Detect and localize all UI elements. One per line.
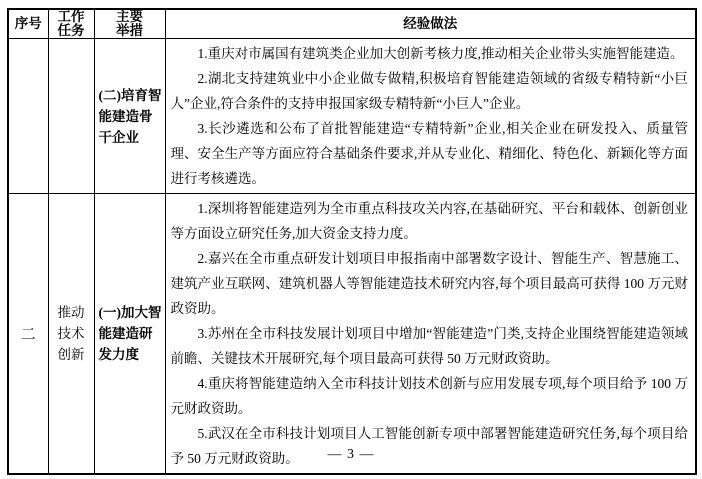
practice-item: 3.苏州在全市科技发展计划项目中增加“智能建造”门类,支持企业围绕智能建造领域前…: [171, 321, 689, 371]
practices-cell: 1.重庆对市属国有建筑类企业加大创新考核力度,推动相关企业带头实施智能建造。 2…: [165, 39, 696, 194]
header-experience-practice: 经验做法: [165, 9, 696, 39]
practices-cell: 1.深圳将智能建造列为全市重点科技攻关内容,在基础研究、平台和载体、创新创业等方…: [165, 194, 696, 475]
experience-table: 序号 工作 任务 主要 举措 经验做法 (二)培育智能建造骨干企业 1.重庆对市…: [7, 8, 697, 475]
table-row: (二)培育智能建造骨干企业 1.重庆对市属国有建筑类企业加大创新考核力度,推动相…: [8, 39, 696, 194]
practice-item: 2.湖北支持建筑业中小企业做专做精,积极培育智能建造领域的省级专精特新“小巨人”…: [171, 66, 689, 116]
task-cell: 推动 技术 创新: [48, 194, 94, 475]
serial-cell: [8, 39, 48, 194]
measure-cell: (二)培育智能建造骨干企业: [94, 39, 165, 194]
header-serial-number: 序号: [8, 9, 48, 39]
practice-item: 4.重庆将智能建造纳入全市科技计划技术创新与应用发展专项,每个项目给予 100 …: [171, 371, 689, 421]
table-header-row: 序号 工作 任务 主要 举措 经验做法: [8, 9, 696, 39]
practice-item: 1.深圳将智能建造列为全市重点科技攻关内容,在基础研究、平台和载体、创新创业等方…: [171, 196, 689, 246]
serial-cell: 二: [8, 194, 48, 475]
practice-item: 2.嘉兴在全市重点研发计划项目申报指南中部署数字设计、智能生产、智慧施工、建筑产…: [171, 246, 689, 321]
table-row: 二 推动 技术 创新 (一)加大智能建造研发力度 1.深圳将智能建造列为全市重点…: [8, 194, 696, 475]
header-work-task: 工作 任务: [48, 9, 94, 39]
document-page: 序号 工作 任务 主要 举措 经验做法 (二)培育智能建造骨干企业 1.重庆对市…: [0, 0, 702, 479]
page-number: — 3 —: [0, 447, 702, 463]
header-main-measure: 主要 举措: [94, 9, 165, 39]
practice-item: 5.武汉在全市科技计划项目人工智能创新专项中部署智能建造研究任务,每个项目给予 …: [171, 421, 689, 471]
practice-item: 1.重庆对市属国有建筑类企业加大创新考核力度,推动相关企业带头实施智能建造。: [171, 41, 689, 66]
practice-item: 3.长沙遴选和公布了首批智能建造“专精特新”企业,相关企业在研发投入、质量管理、…: [171, 116, 689, 191]
task-cell: [48, 39, 94, 194]
measure-cell: (一)加大智能建造研发力度: [94, 194, 165, 475]
